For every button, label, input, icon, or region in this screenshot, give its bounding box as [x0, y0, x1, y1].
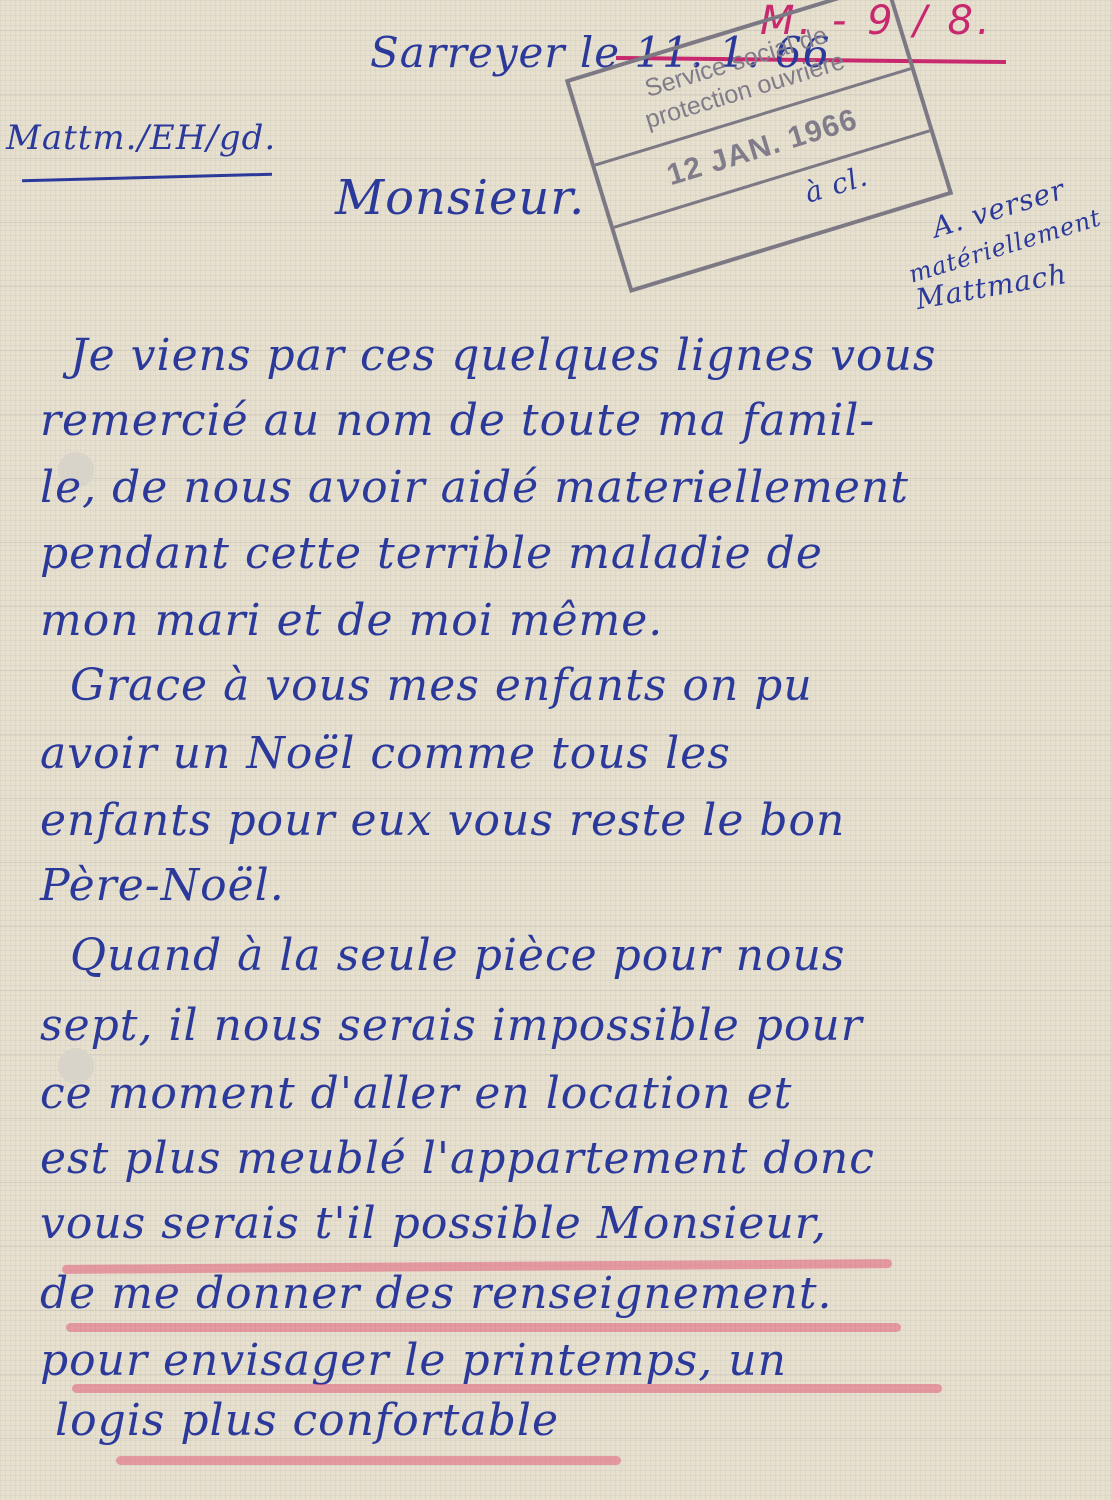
body-line: pendant cette terrible maladie de [40, 528, 823, 579]
body-line: enfants pour eux vous reste le bon [40, 795, 845, 846]
body-line: remercié au nom de toute ma famil- [40, 395, 875, 446]
body-line: Quand à la seule pièce pour nous [70, 930, 845, 981]
file-reference: Mattm./EH/gd. [6, 118, 276, 158]
body-line: le, de nous avoir aidé materiellement [40, 462, 909, 513]
body-line-underlined: pour envisager le printemps, un [40, 1335, 787, 1386]
body-line: Père-Noël. [40, 860, 285, 911]
body-line-underlined: de me donner des renseignement. [40, 1268, 833, 1319]
body-line: vous serais t'il possible Monsieur, [40, 1198, 827, 1249]
highlight-underline [72, 1384, 942, 1393]
body-line: Grace à vous mes enfants on pu [70, 660, 813, 711]
body-line: Je viens par ces quelques lignes vous [70, 330, 936, 381]
body-line: ce moment d'aller en location et [40, 1068, 792, 1119]
body-line: mon mari et de moi même. [40, 595, 663, 646]
body-line: est plus meublé l'appartement donc [40, 1133, 875, 1184]
body-line: sept, il nous serais impossible pour [40, 1000, 863, 1051]
salutation: Monsieur. [335, 170, 585, 226]
body-line-underlined: logis plus confortable [55, 1395, 559, 1446]
body-line: avoir un Noël comme tous les [40, 728, 731, 779]
highlight-underline [66, 1323, 901, 1332]
highlight-underline [116, 1456, 621, 1465]
